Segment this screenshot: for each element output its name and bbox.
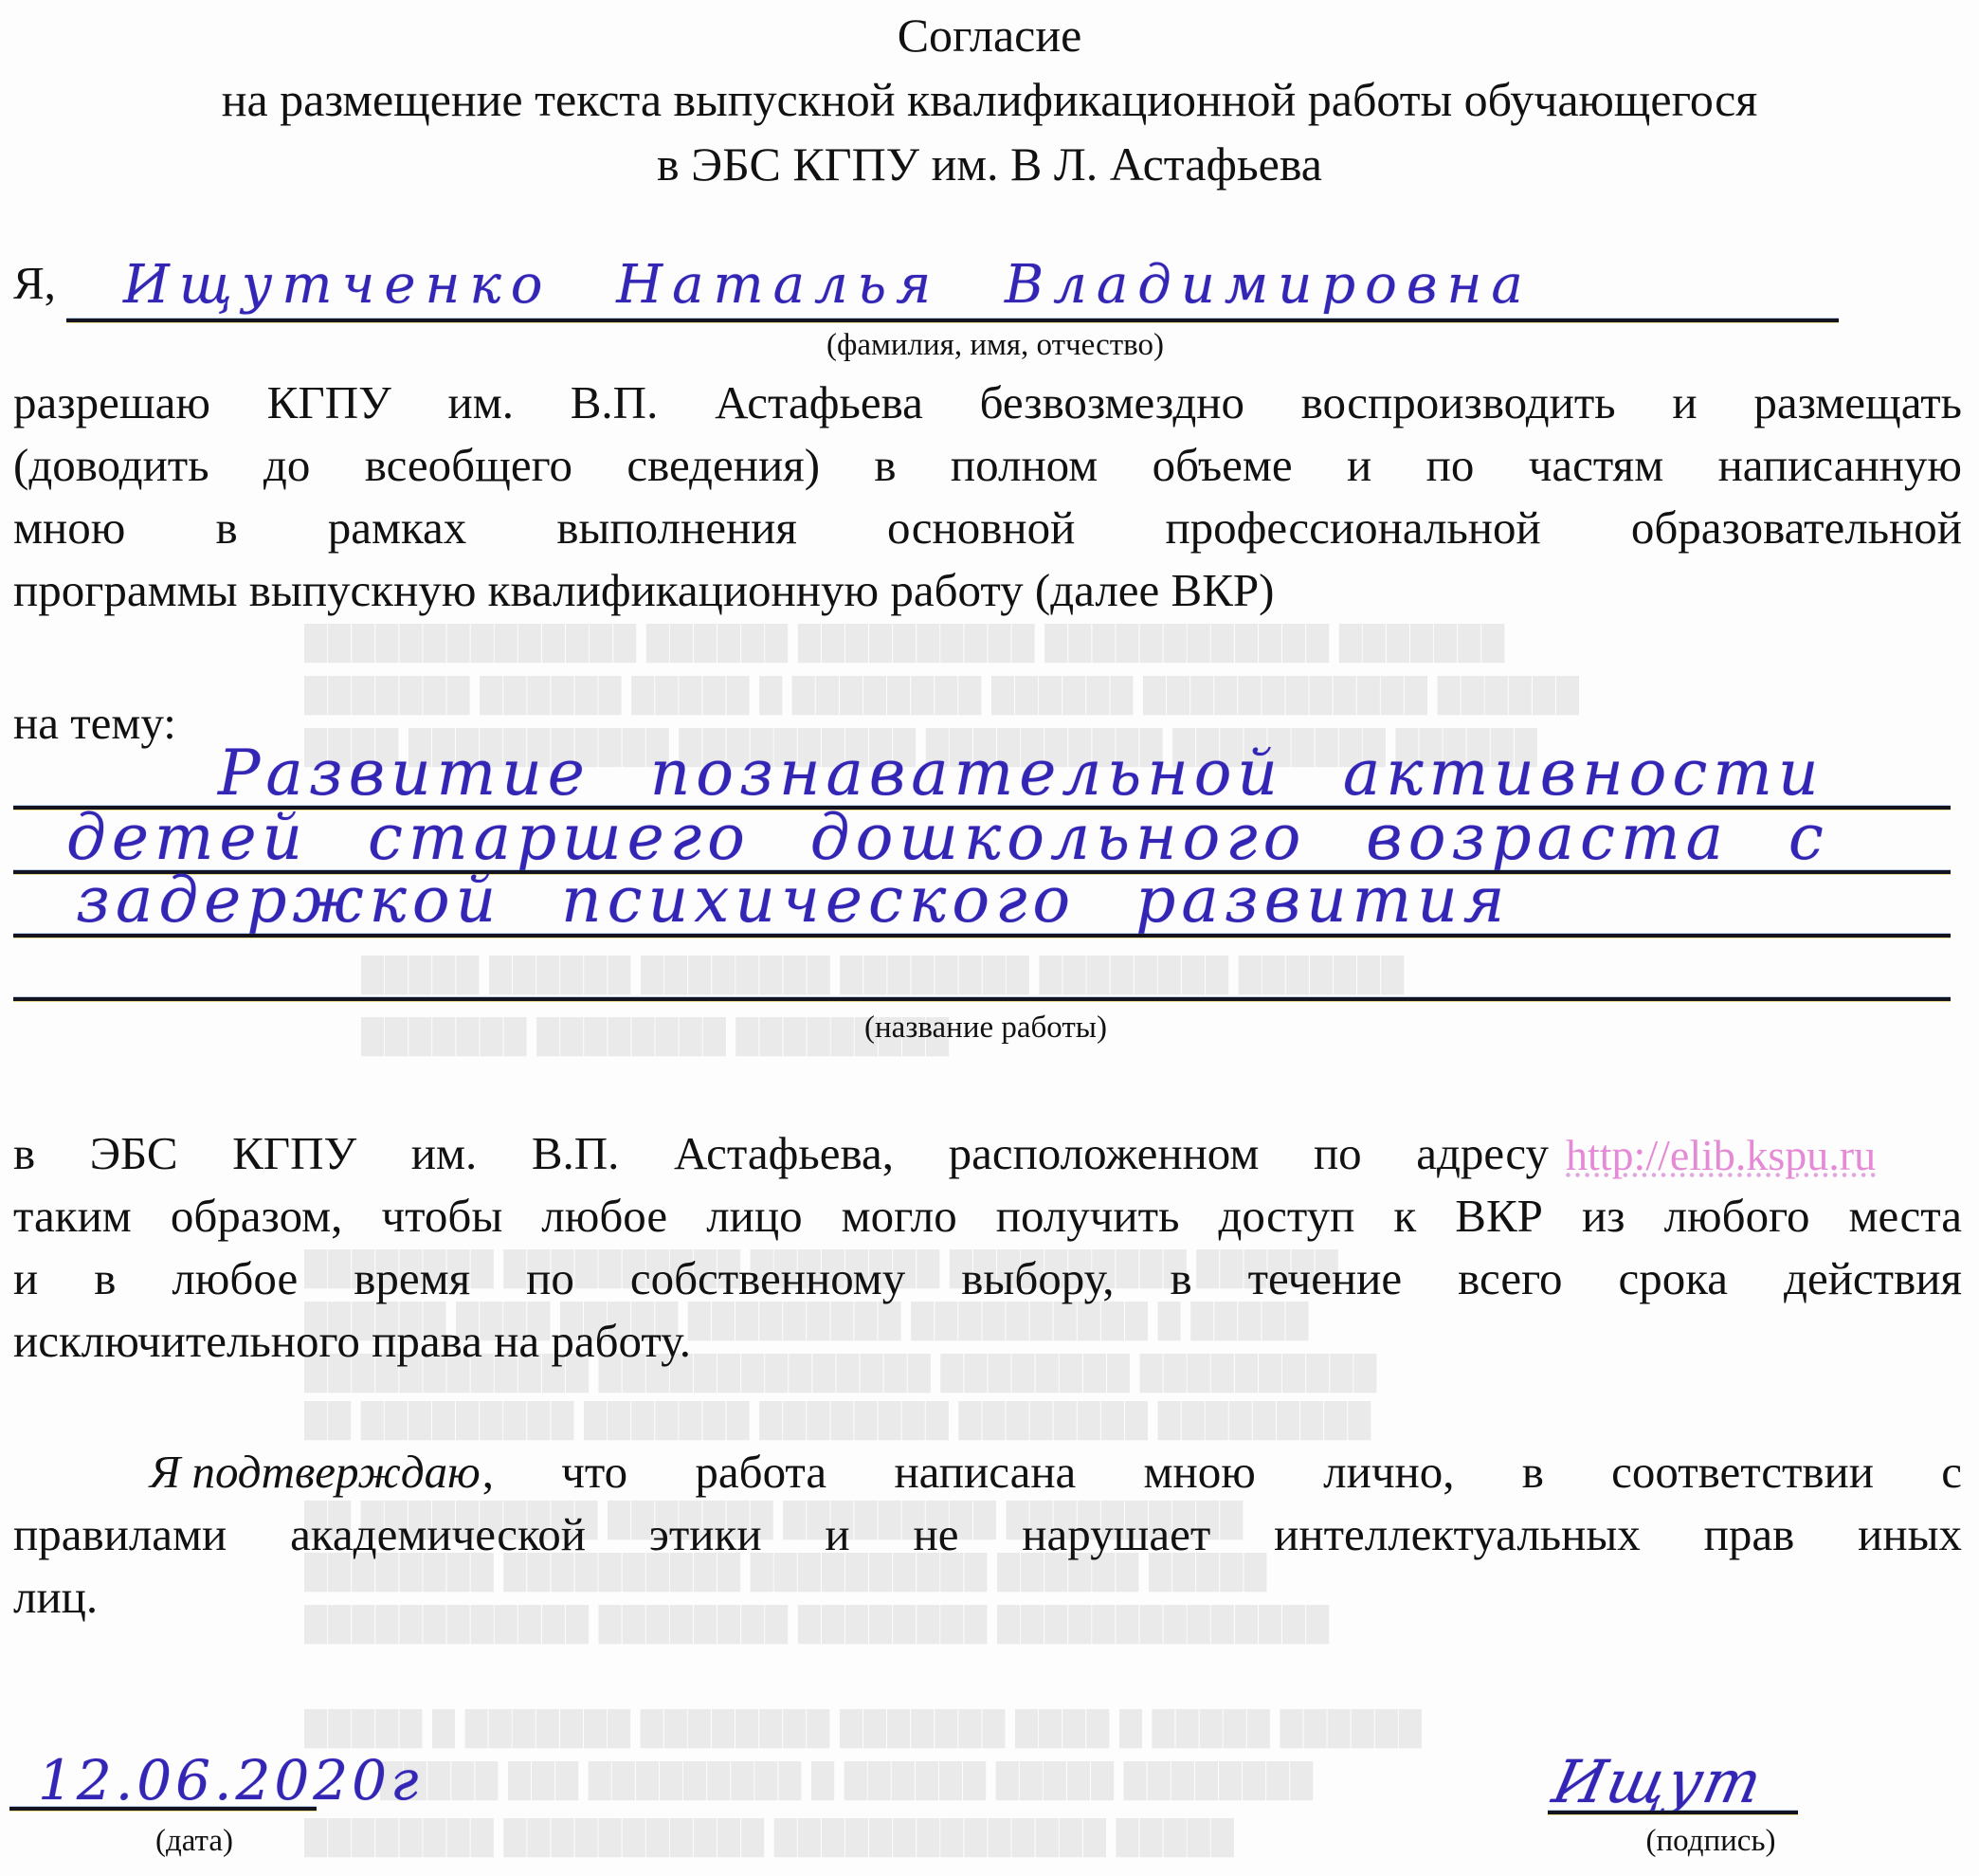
name-caption: (фамилия, имя, отчество) [739,326,1251,364]
permission-line: разрешаю КГПУ им. В.П. Астафьева безвозм… [13,372,1962,434]
document-page: ███████ ████████████ ██████████ ██████ █… [0,0,1979,1876]
permission-line: мною в рамках выполнения основной профес… [13,497,1962,559]
bleed-through-texture: ██████ █████ █ ████ ███████ ████████ ███… [303,1711,1422,1747]
confirmation-line-1: Я подтверждаю , что работа написана мною… [150,1441,1962,1503]
signature-caption: (подпись) [1625,1822,1796,1860]
topic-underline [13,934,1951,938]
bleed-through-texture: █████ ██████████████ ███████████ ███████… [303,1820,1234,1856]
topic-caption: (название работы) [815,1009,1156,1047]
location-line: и в любое время по собственному выбору, … [13,1248,1962,1310]
date-handwritten-value[interactable]: 12.06.2020г [38,1752,422,1809]
name-prefix: Я, [13,252,56,315]
topic-underline [13,997,1951,1001]
topic-handwritten-line[interactable]: Развитие познавательной активности [218,738,1824,810]
location-line-1: в ЭБС КГПУ им. В.П. Астафьева, расположе… [13,1122,1549,1185]
permission-line: программы выпускную квалификационную раб… [13,559,1274,622]
topic-label: на тему: [13,692,176,755]
date-underline [9,1807,317,1811]
topic-handwritten-line[interactable]: задержкой психического развития [76,865,1510,937]
bleed-through-texture: ██████ ████████████ ██████ ████████ █ ██… [303,678,1579,714]
name-underline [66,319,1839,322]
date-caption: (дата) [133,1822,256,1860]
library-url-link[interactable]: http://elib.kspu.ru [1566,1124,1876,1187]
document-subtitle-line-2: в ЭБС КГПУ им. В Л. Астафьева [0,133,1979,195]
confirmation-line-1-rest: , что работа написана мною лично, в соот… [482,1441,1962,1503]
confirmation-italic-lead: Я подтверждаю [150,1441,481,1503]
document-title: Согласие [0,4,1979,66]
confirmation-line: лиц. [13,1566,98,1629]
confirmation-line: правилами академической этики и не наруш… [13,1503,1962,1566]
location-line: исключительного права на работу. [13,1310,691,1373]
permission-line: (доводить до всеобщего сведения) в полно… [13,434,1962,497]
bleed-through-texture: █████████ ████████ ████████ ███████ ████… [303,1403,1371,1439]
location-line: таким образом, чтобы любое лицо могло по… [13,1185,1962,1248]
signature-underline [1548,1811,1798,1814]
bleed-through-texture: ████████ █████ ██████ █ █████████ ███ ██… [379,1763,1313,1799]
bleed-through-texture: ██████████████ ████████ ████████ ███████… [303,1607,1329,1643]
document-subtitle-line-1: на размещение текста выпускной квалифика… [0,68,1979,131]
name-handwritten-value[interactable]: Ищутченко Наталья Владимировна [123,254,1533,317]
bleed-through-texture: ███████ ████████████ ██████████ ██████ █… [303,626,1504,662]
bleed-through-texture: ███████ ████████ ████████ ████████ █████… [360,957,1404,993]
signature-handwritten[interactable]: Ищут [1548,1752,1768,1812]
